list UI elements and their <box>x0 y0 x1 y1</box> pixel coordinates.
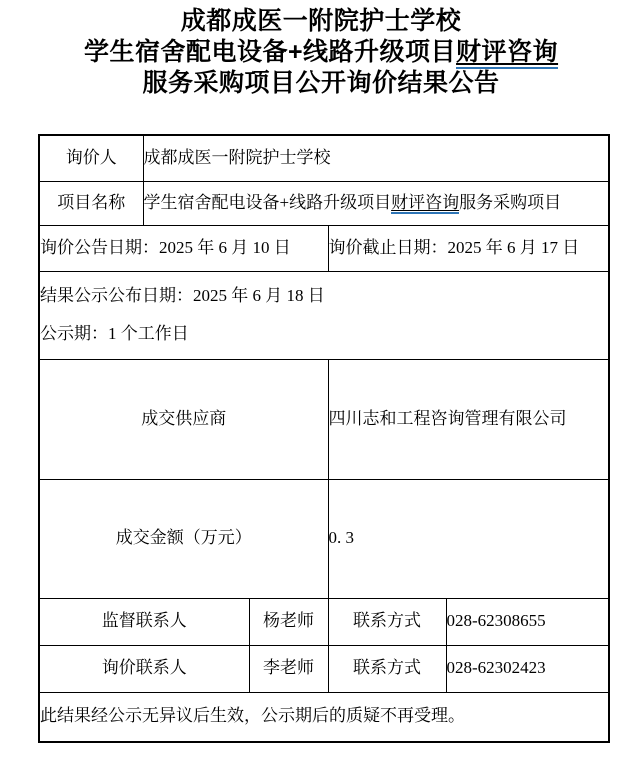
inquirer-label: 询价人 <box>39 135 143 181</box>
project-name-row: 项目名称 学生宿舍配电设备+线路升级项目财评咨询服务采购项目 <box>39 181 609 225</box>
inquiry-contact-name: 李老师 <box>249 645 328 692</box>
inquiry-deadline-date: 询价截止日期：2025 年 6 月 17 日 <box>328 225 609 271</box>
inquiry-phone-number: 028-62302423 <box>446 645 609 692</box>
page-title-line2: 学生宿舍配电设备+线路升级项目财评咨询 <box>0 37 642 68</box>
deal-amount-row: 成交金额（万元） 0. 3 <box>39 479 609 598</box>
inquirer-value: 成都成医一附院护士学校 <box>143 135 609 181</box>
supervisor-phone-number: 028-62308655 <box>446 598 609 645</box>
project-name-value: 学生宿舍配电设备+线路升级项目财评咨询服务采购项目 <box>143 181 609 225</box>
inquiry-contact-label: 询价联系人 <box>39 645 249 692</box>
supervisor-contact-label: 监督联系人 <box>39 598 249 645</box>
supervisor-contact-name: 杨老师 <box>249 598 328 645</box>
publicity-cell: 结果公示公布日期：2025 年 6 月 18 日 公示期：1 个工作日 <box>39 271 609 359</box>
page-title-line3: 服务采购项目公开询价结果公告 <box>0 68 642 99</box>
note-text: 此结果经公示无异议后生效，公示期后的质疑不再受理。 <box>39 692 609 742</box>
publicity-period: 公示期：1 个工作日 <box>40 315 608 353</box>
note-row: 此结果经公示无异议后生效，公示期后的质疑不再受理。 <box>39 692 609 742</box>
page-title-line2-underlined-text: 财评咨询 <box>456 38 558 69</box>
inquirer-row: 询价人 成都成医一附院护士学校 <box>39 135 609 181</box>
page-title-line1: 成都成医一附院护士学校 <box>0 6 642 37</box>
winning-supplier-row: 成交供应商 四川志和工程咨询管理有限公司 <box>39 359 609 479</box>
supervisor-phone-label: 联系方式 <box>328 598 446 645</box>
inquiry-announce-date: 询价公告日期：2025 年 6 月 10 日 <box>39 225 328 271</box>
publicity-row: 结果公示公布日期：2025 年 6 月 18 日 公示期：1 个工作日 <box>39 271 609 359</box>
deal-amount-value: 0. 3 <box>328 479 609 598</box>
inquiry-contact-row: 询价联系人 李老师 联系方式 028-62302423 <box>39 645 609 692</box>
document-page: 成都成医一附院护士学校 学生宿舍配电设备+线路升级项目财评咨询 服务采购项目公开… <box>0 0 642 774</box>
page-title-line2-prefix: 学生宿舍配电设备+线路升级项目 <box>84 38 456 66</box>
deal-amount-label: 成交金额（万元） <box>39 479 328 598</box>
project-name-value-prefix: 学生宿舍配电设备+线路升级项目 <box>144 193 392 212</box>
inquiry-dates-row: 询价公告日期：2025 年 6 月 10 日 询价截止日期：2025 年 6 月… <box>39 225 609 271</box>
project-name-label: 项目名称 <box>39 181 143 225</box>
project-name-value-suffix: 服务采购项目 <box>459 193 561 212</box>
supervisor-contact-row: 监督联系人 杨老师 联系方式 028-62308655 <box>39 598 609 645</box>
result-announcement-table: 询价人 成都成医一附院护士学校 项目名称 学生宿舍配电设备+线路升级项目财评咨询… <box>38 134 610 743</box>
project-name-value-underlined-text: 财评咨询 <box>391 193 459 214</box>
winning-supplier-label: 成交供应商 <box>39 359 328 479</box>
winning-supplier-value: 四川志和工程咨询管理有限公司 <box>328 359 609 479</box>
inquiry-phone-label: 联系方式 <box>328 645 446 692</box>
page-title: 成都成医一附院护士学校 学生宿舍配电设备+线路升级项目财评咨询 服务采购项目公开… <box>0 6 642 99</box>
result-publish-date: 结果公示公布日期：2025 年 6 月 18 日 <box>40 277 608 315</box>
